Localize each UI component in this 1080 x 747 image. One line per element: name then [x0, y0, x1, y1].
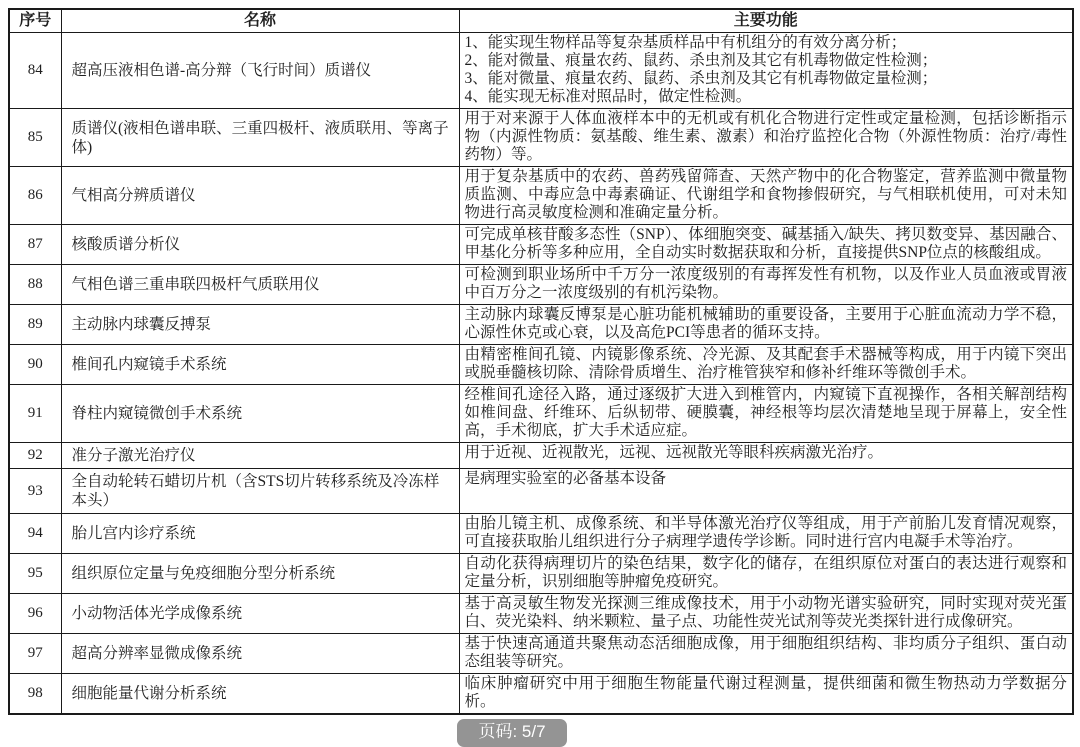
row-serial-number: 88: [9, 265, 61, 305]
table-row: 86 气相高分辨质谱仪 用于复杂基质中的农药、兽药残留筛查、天然产物中的化合物鉴…: [9, 167, 1073, 225]
row-equipment-name: 小动物活体光学成像系统: [61, 594, 459, 634]
row-main-function: 主动脉内球囊反博泵是心脏功能机械辅助的重要设备，主要用于心脏血流动力学不稳，心源…: [459, 305, 1073, 345]
row-main-function: 用于复杂基质中的农药、兽药残留筛查、天然产物中的化合物鉴定，营养监测中微量物质监…: [459, 167, 1073, 225]
row-main-function: 自动化获得病理切片的染色结果，数字化的储存，在组织原位对蛋白的表达进行观察和定量…: [459, 554, 1073, 594]
row-serial-number: 90: [9, 345, 61, 385]
header-main-function: 主要功能: [459, 9, 1073, 33]
table-row: 88 气相色谱三重串联四极杆气质联用仪 可检测到职业场所中千万分一浓度级别的有毒…: [9, 265, 1073, 305]
row-equipment-name: 主动脉内球囊反搏泵: [61, 305, 459, 345]
table-row: 89 主动脉内球囊反搏泵 主动脉内球囊反博泵是心脏功能机械辅助的重要设备，主要用…: [9, 305, 1073, 345]
row-main-function: 用于对来源于人体血液样本中的无机或有机化合物进行定性或定量检测，包括诊断指示物（…: [459, 109, 1073, 167]
row-serial-number: 86: [9, 167, 61, 225]
row-serial-number: 93: [9, 469, 61, 514]
row-main-function: 经椎间孔途径入路，通过逐级扩大进入到椎管内，内窥镜下直视操作，各相关解剖结构如椎…: [459, 385, 1073, 443]
row-equipment-name: 气相高分辨质谱仪: [61, 167, 459, 225]
row-main-function: 1、能实现生物样品等复杂基质样品中有机组分的有效分离分析； 2、能对微量、痕量农…: [459, 33, 1073, 109]
table-row: 98 细胞能量代谢分析系统 临床肿瘤研究中用于细胞生物能量代谢过程测量，提供细菌…: [9, 674, 1073, 715]
row-equipment-name: 核酸质谱分析仪: [61, 225, 459, 265]
row-equipment-name: 超高压液相色谱-高分辩（飞行时间）质谱仪: [61, 33, 459, 109]
table-row: 96 小动物活体光学成像系统 基于高灵敏生物发光探测三维成像技术，用于小动物光谱…: [9, 594, 1073, 634]
row-main-function: 可检测到职业场所中千万分一浓度级别的有毒挥发性有机物，以及作业人员血液或胃液中百…: [459, 265, 1073, 305]
row-equipment-name: 胎儿宫内诊疗系统: [61, 514, 459, 554]
row-serial-number: 96: [9, 594, 61, 634]
row-main-function: 是病理实验室的必备基本设备: [459, 469, 1073, 514]
header-name: 名称: [61, 9, 459, 33]
row-main-function: 基于快速高通道共聚焦动态活细胞成像，用于细胞组织结构、非均质分子组织、蛋白动态组…: [459, 634, 1073, 674]
row-equipment-name: 细胞能量代谢分析系统: [61, 674, 459, 715]
row-main-function: 由胎儿镜主机、成像系统、和半导体激光治疗仪等组成，用于产前胎儿发育情况观察，可直…: [459, 514, 1073, 554]
row-serial-number: 89: [9, 305, 61, 345]
table-row: 94 胎儿宫内诊疗系统 由胎儿镜主机、成像系统、和半导体激光治疗仪等组成，用于产…: [9, 514, 1073, 554]
table-row: 97 超高分辨率显微成像系统 基于快速高通道共聚焦动态活细胞成像，用于细胞组织结…: [9, 634, 1073, 674]
row-main-function: 可完成单核苷酸多态性（SNP）、体细胞突变、碱基插入/缺失、拷贝数变异、基因融合…: [459, 225, 1073, 265]
table-row: 84 超高压液相色谱-高分辩（飞行时间）质谱仪 1、能实现生物样品等复杂基质样品…: [9, 33, 1073, 109]
equipment-table: 序号 名称 主要功能 84 超高压液相色谱-高分辩（飞行时间）质谱仪 1、能实现…: [8, 8, 1074, 715]
table-row: 93 全自动轮转石蜡切片机（含STS切片转移系统及冷冻样本头） 是病理实验室的必…: [9, 469, 1073, 514]
row-serial-number: 84: [9, 33, 61, 109]
document-page: 序号 名称 主要功能 84 超高压液相色谱-高分辩（飞行时间）质谱仪 1、能实现…: [0, 0, 1080, 747]
row-main-function: 用于近视、近视散光，远视、远视散光等眼科疾病激光治疗。: [459, 443, 1073, 469]
row-serial-number: 87: [9, 225, 61, 265]
table-row: 87 核酸质谱分析仪 可完成单核苷酸多态性（SNP）、体细胞突变、碱基插入/缺失…: [9, 225, 1073, 265]
row-equipment-name: 超高分辨率显微成像系统: [61, 634, 459, 674]
page-number-badge: 页码: 5/7: [457, 719, 567, 747]
row-serial-number: 98: [9, 674, 61, 715]
row-equipment-name: 椎间孔内窥镜手术系统: [61, 345, 459, 385]
row-equipment-name: 组织原位定量与免疫细胞分型分析系统: [61, 554, 459, 594]
row-equipment-name: 准分子激光治疗仪: [61, 443, 459, 469]
row-serial-number: 95: [9, 554, 61, 594]
table-row: 95 组织原位定量与免疫细胞分型分析系统 自动化获得病理切片的染色结果，数字化的…: [9, 554, 1073, 594]
header-serial-number: 序号: [9, 9, 61, 33]
table-row: 92 准分子激光治疗仪 用于近视、近视散光，远视、远视散光等眼科疾病激光治疗。: [9, 443, 1073, 469]
row-equipment-name: 全自动轮转石蜡切片机（含STS切片转移系统及冷冻样本头）: [61, 469, 459, 514]
row-equipment-name: 脊柱内窥镜微创手术系统: [61, 385, 459, 443]
row-serial-number: 92: [9, 443, 61, 469]
row-serial-number: 94: [9, 514, 61, 554]
row-serial-number: 85: [9, 109, 61, 167]
row-equipment-name: 质谱仪(液相色谱串联、三重四极杆、液质联用、等离子体): [61, 109, 459, 167]
row-serial-number: 91: [9, 385, 61, 443]
table-row: 85 质谱仪(液相色谱串联、三重四极杆、液质联用、等离子体) 用于对来源于人体血…: [9, 109, 1073, 167]
row-main-function: 由精密椎间孔镜、内镜影像系统、冷光源、及其配套手术器械等构成，用于内镜下突出或脱…: [459, 345, 1073, 385]
table-row: 91 脊柱内窥镜微创手术系统 经椎间孔途径入路，通过逐级扩大进入到椎管内，内窥镜…: [9, 385, 1073, 443]
table-header-row: 序号 名称 主要功能: [9, 9, 1073, 33]
row-serial-number: 97: [9, 634, 61, 674]
row-main-function: 基于高灵敏生物发光探测三维成像技术，用于小动物光谱实验研究，同时实现对荧光蛋白、…: [459, 594, 1073, 634]
row-main-function: 临床肿瘤研究中用于细胞生物能量代谢过程测量，提供细菌和微生物热动力学数据分析。: [459, 674, 1073, 715]
row-equipment-name: 气相色谱三重串联四极杆气质联用仪: [61, 265, 459, 305]
table-row: 90 椎间孔内窥镜手术系统 由精密椎间孔镜、内镜影像系统、冷光源、及其配套手术器…: [9, 345, 1073, 385]
